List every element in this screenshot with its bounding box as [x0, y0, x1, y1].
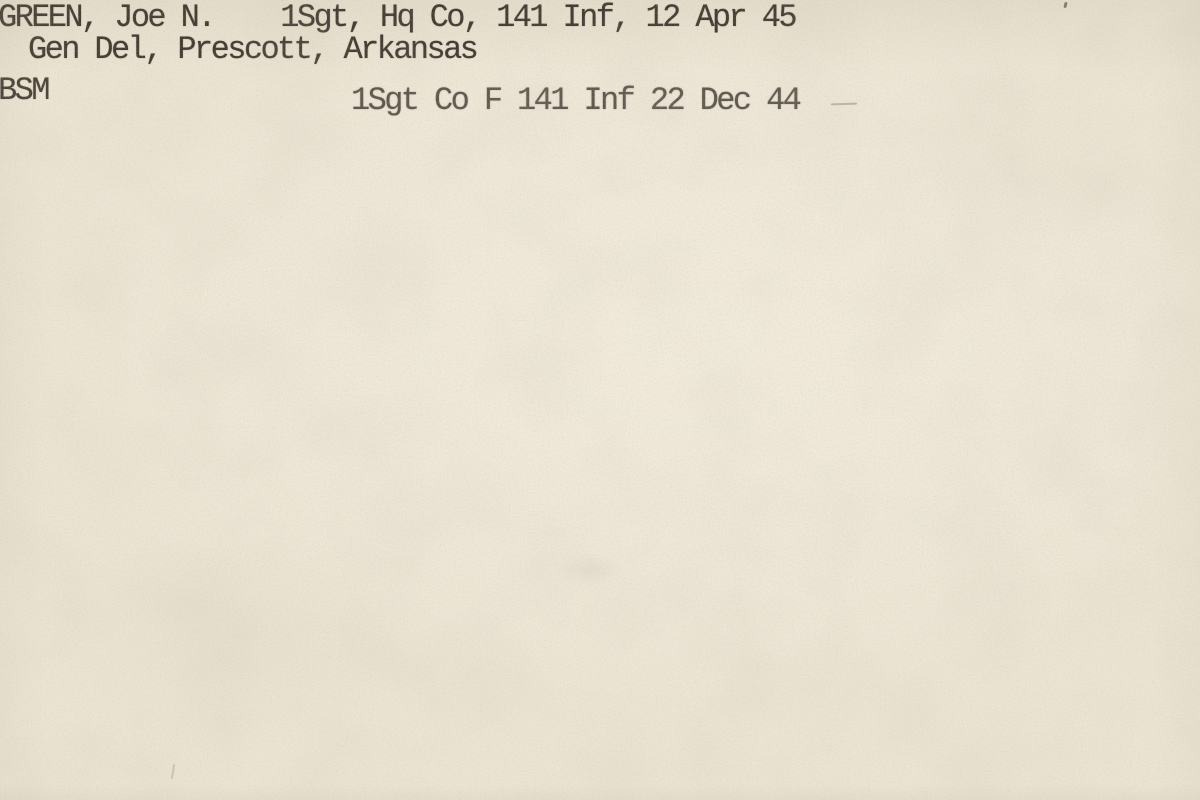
faint-pencil-dash [831, 103, 857, 106]
paper-smudge [545, 548, 635, 592]
card-line-prior-assignment: 1Sgt Co F 141 Inf 22 Dec 44 [351, 87, 799, 115]
card-line-address: Gen Del, Prescott, Arkansas [28, 36, 476, 64]
paper-fiber-mark [171, 764, 175, 779]
paper-speck [1063, 2, 1067, 9]
card-line-name-rank-unit-date: GREEN, Joe N. 1Sgt, Hq Co, 141 Inf, 12 A… [0, 4, 795, 32]
index-card: GREEN, Joe N. 1Sgt, Hq Co, 141 Inf, 12 A… [0, 0, 1200, 800]
card-line-award: BSM [0, 77, 48, 105]
paper-grain-texture [0, 0, 1200, 800]
